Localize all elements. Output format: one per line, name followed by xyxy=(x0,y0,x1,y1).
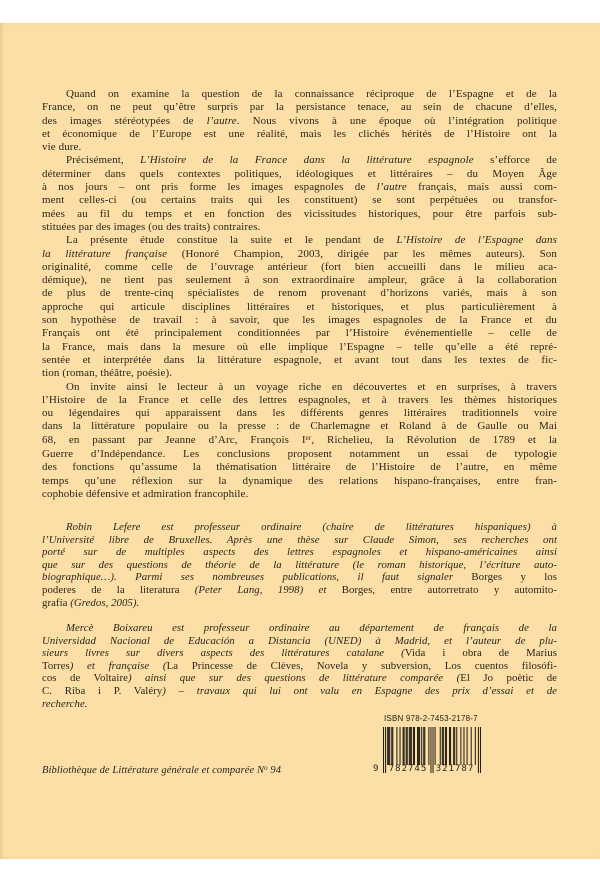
text-line: On invite ainsi le lecteur à un voyage r… xyxy=(42,381,557,394)
barcode-digits: 9 782745 321787 xyxy=(373,764,485,776)
text-segment: ment celles-ci (ou certains traits qui l… xyxy=(42,194,557,206)
text-segment: approche qui articule disciplines littér… xyxy=(42,301,557,313)
text-line: grafía (Gredos, 2005). xyxy=(42,597,557,610)
text-line: La présente étude constitue la suite et … xyxy=(42,234,557,247)
text-segment: (Honoré Champion, 2003, dirigée par les … xyxy=(167,248,557,260)
text-segment: L’Histoire de la France dans la littérat… xyxy=(140,154,474,166)
text-line: Guerre d’Indépendance. Les conclusions p… xyxy=(42,448,557,461)
text-line: de plus de trente-cinq spécialistes de r… xyxy=(42,287,557,300)
text-line: Français ont été principalement conditio… xyxy=(42,327,557,340)
text-segment: Vida i obra de Marius xyxy=(405,647,557,659)
text-line: des fonctions qu’assume la thématisation… xyxy=(42,461,557,474)
text-segment: et économique de l’Europe est une réalit… xyxy=(42,128,557,140)
author-bio-lefere: Robin Lefere est professeur ordinaire (c… xyxy=(42,521,557,609)
text-segment: Précisément, xyxy=(66,154,140,166)
text-line: l’Histoire de la France et celle des let… xyxy=(42,394,557,407)
text-line: tion (roman, théâtre, poésie). xyxy=(42,367,557,380)
text-segment: ) – travaux qui lui ont valu en Espagne … xyxy=(162,685,557,697)
text-line: déterminer dans quels contextes politiqu… xyxy=(42,168,557,181)
text-line: France, on ne peut qu’être surpris par l… xyxy=(42,101,557,114)
text-segment: Robin Lefere est professeur ordinaire (c… xyxy=(66,521,557,533)
text-line: sieurs livres sur divers aspects des lit… xyxy=(42,647,557,660)
text-segment: français, mais aussi com- xyxy=(407,181,557,193)
text-line: Universidad Nacional de Educación a Dist… xyxy=(42,635,557,648)
text-line: et économique de l’Europe est une réalit… xyxy=(42,128,557,141)
text-segment: la littérature française xyxy=(42,248,167,260)
text-line: sentée et interprétée dans la littératur… xyxy=(42,354,557,367)
text-segment: La présente étude constitue la suite et … xyxy=(66,234,396,246)
text-line: vie dure. xyxy=(42,141,557,154)
text-segment: (Peter Lang, 1998) et xyxy=(179,584,341,596)
text-segment: des fonctions qu’assume la thématisation… xyxy=(42,461,557,473)
text-segment: cophobie défensive et admiration francop… xyxy=(42,488,248,500)
text-line: biographique…). Parmi ses nombreuses pub… xyxy=(42,571,557,584)
text-line: des images stéréotypées de l’autre. Nous… xyxy=(42,115,557,128)
text-segment: l’autre xyxy=(207,115,237,127)
text-line: Mercè Boixareu est professeur ordinaire … xyxy=(42,622,557,635)
text-line: temps qu’une réflexion sur la dynamique … xyxy=(42,475,557,488)
text-line: démique), ne tient pas seulement à son e… xyxy=(42,274,557,287)
blurb-block: Quand on examine la question de la conna… xyxy=(42,88,557,501)
text-segment: dans la littérature populaire ou la pres… xyxy=(42,420,557,432)
text-line: 68, en passant par Jeanne d’Arc, Françoi… xyxy=(42,434,557,448)
text-line: stituées par des images (ou des traits) … xyxy=(42,221,557,234)
text-segment: la France, mais dans la mesure où elle i… xyxy=(42,341,557,353)
text-segment: stituées par des images (ou des traits) … xyxy=(42,221,260,233)
text-segment: porté sur de multiples aspects des lettr… xyxy=(42,546,557,558)
text-line: ou légendaires qui apparaissent dans les… xyxy=(42,407,557,420)
text-segment: biographique…). Parmi ses nombreuses pub… xyxy=(42,571,471,583)
text-segment: o xyxy=(264,765,268,772)
text-line: que sur des questions de théorie de la l… xyxy=(42,559,557,572)
back-cover: Quand on examine la question de la conna… xyxy=(0,23,600,859)
text-segment: La Princesse de Clèves, Novela y subvers… xyxy=(167,660,557,672)
text-line: cophobie défensive et admiration francop… xyxy=(42,488,557,501)
text-line: Précisément, L’Histoire de la France dan… xyxy=(42,154,557,167)
text-segment: 68, en passant par Jeanne d’Arc, Françoi… xyxy=(42,434,306,446)
text-segment: l’Université libre de Bruxelles. Après u… xyxy=(42,534,557,546)
text-segment: recherche. xyxy=(42,698,88,710)
text-segment: grafía xyxy=(42,597,67,609)
text-segment: Français ont été principalement conditio… xyxy=(42,327,557,339)
barcode-digit-first: 9 xyxy=(373,764,379,774)
text-segment: (Gredos, 2005). xyxy=(67,597,139,609)
text-segment: de plus de trente-cinq spécialistes de r… xyxy=(42,287,557,299)
text-line: à nos jours – ont pris forme les images … xyxy=(42,181,557,194)
text-line: la littérature française (Honoré Champio… xyxy=(42,248,557,261)
text-line: Torres) et française (La Princesse de Cl… xyxy=(42,660,557,673)
text-segment: des images stéréotypées de xyxy=(42,115,207,127)
text-segment: er xyxy=(306,434,312,442)
barcode-digits-left: 782745 xyxy=(386,764,430,774)
text-line: son hypothèse de travail : à savoir, que… xyxy=(42,314,557,327)
text-segment: Borges y los xyxy=(471,571,557,583)
series-label: Bibliothèque de Littérature générale et … xyxy=(42,765,281,776)
text-line: recherche. xyxy=(42,698,557,711)
text-segment: l’Histoire de la France et celle des let… xyxy=(42,394,557,406)
text-segment: L’Histoire de l’Espagne dans xyxy=(396,234,557,246)
text-segment: sentée et interprétée dans la littératur… xyxy=(42,354,557,366)
text-segment: ) et française ( xyxy=(70,660,167,672)
text-line: l’Université libre de Bruxelles. Après u… xyxy=(42,534,557,547)
text-segment: son hypothèse de travail : à savoir, que… xyxy=(42,314,557,326)
text-segment: tion (roman, théâtre, poésie). xyxy=(42,367,172,379)
barcode-digits-right: 321787 xyxy=(433,764,477,774)
text-line: approche qui articule disciplines littér… xyxy=(42,301,557,314)
text-segment: Mercè Boixareu est professeur ordinaire … xyxy=(66,622,557,634)
text-line: Quand on examine la question de la conna… xyxy=(42,88,557,101)
text-segment: On invite ainsi le lecteur à un voyage r… xyxy=(66,381,557,393)
text-line: ment celles-ci (ou certains traits qui l… xyxy=(42,194,557,207)
text-segment: que sur des questions de théorie de la l… xyxy=(42,559,557,571)
text-line: Robin Lefere est professeur ordinaire (c… xyxy=(42,521,557,534)
text-line: dans la littérature populaire ou la pres… xyxy=(42,420,557,433)
text-segment: cos de Voltaire xyxy=(42,672,128,684)
text-line: la France, mais dans la mesure où elle i… xyxy=(42,341,557,354)
text-segment: à nos jours – ont pris forme les images … xyxy=(42,181,377,193)
text-segment: Borges, entre autorretrato y automito- xyxy=(342,584,557,596)
text-line: porté sur de multiples aspects des lettr… xyxy=(42,546,557,559)
text-segment: mées au fil du temps et en fonction des … xyxy=(42,208,557,220)
text-line: originalité, comme celle de l’ouvrage an… xyxy=(42,261,557,274)
text-segment: ou légendaires qui apparaissent dans les… xyxy=(42,407,557,419)
text-line: mées au fil du temps et en fonction des … xyxy=(42,208,557,221)
text-segment: démique), ne tient pas seulement à son e… xyxy=(42,274,557,286)
text-segment: , Richelieu, la Révolution de 1789 et la xyxy=(311,434,557,446)
text-segment: France, on ne peut qu’être surpris par l… xyxy=(42,101,557,113)
text-line: poderes de la literatura (Peter Lang, 19… xyxy=(42,584,557,597)
text-segment: sieurs livres sur divers aspects des lit… xyxy=(42,647,405,659)
text-segment: Guerre d’Indépendance. Les conclusions p… xyxy=(42,448,557,460)
author-bio-boixareu: Mercè Boixareu est professeur ordinaire … xyxy=(42,622,557,710)
text-segment: l’autre xyxy=(377,181,407,193)
barcode: ISBN 978-2-7453-2178-7 9 782745 321787 xyxy=(373,714,485,782)
text-segment: C. Riba i P. Valéry xyxy=(42,685,162,697)
text-segment: vie dure. xyxy=(42,141,81,153)
text-segment: Bibliothèque de Littérature générale et … xyxy=(42,765,264,776)
text-segment: originalité, comme celle de l’ouvrage an… xyxy=(42,261,557,273)
text-segment: El Jo poètic de xyxy=(460,672,557,684)
isbn-label: ISBN 978-2-7453-2178-7 xyxy=(384,714,485,723)
text-segment: 94 xyxy=(268,765,281,776)
text-segment: déterminer dans quels contextes politiqu… xyxy=(42,168,557,180)
text-segment: Torres xyxy=(42,660,70,672)
text-line: cos de Voltaire) ainsi que sur des quest… xyxy=(42,672,557,685)
text-segment: . Nous vivons à une époque où l’intégrat… xyxy=(237,115,557,127)
text-segment: temps qu’une réflexion sur la dynamique … xyxy=(42,475,557,487)
page: { "colors":{ "page_margin":"#ffffff", "c… xyxy=(0,0,600,889)
text-segment: Universidad Nacional de Educación a Dist… xyxy=(42,635,557,647)
text-segment: ) ainsi que sur des questions de littéra… xyxy=(128,672,460,684)
text-segment: poderes de la literatura xyxy=(42,584,179,596)
text-segment: s’efforce de xyxy=(474,154,557,166)
text-line: C. Riba i P. Valéry) – travaux qui lui o… xyxy=(42,685,557,698)
text-segment: Quand on examine la question de la conna… xyxy=(66,88,557,100)
